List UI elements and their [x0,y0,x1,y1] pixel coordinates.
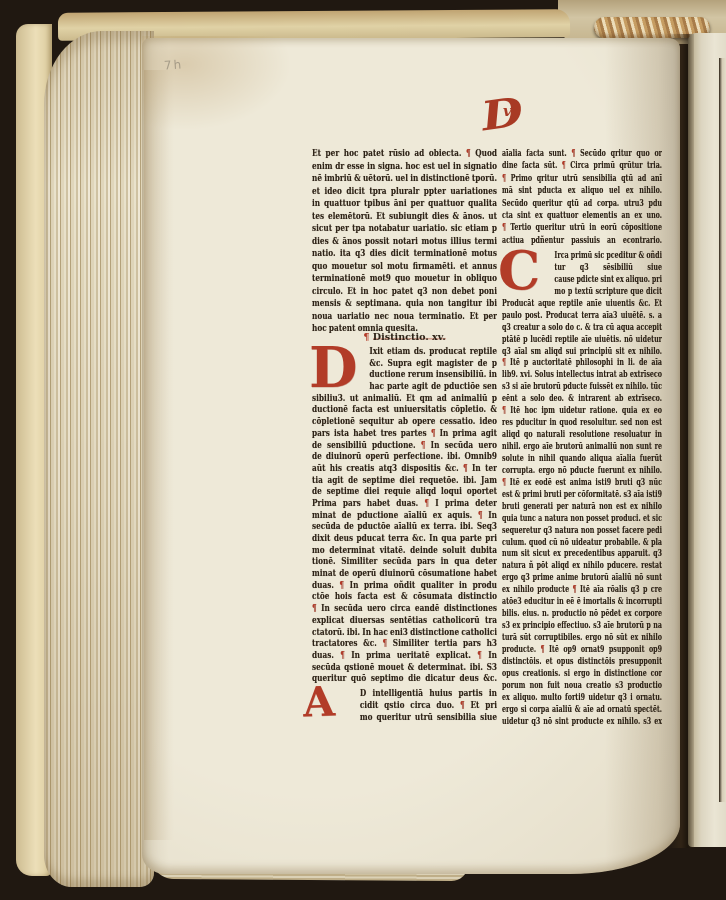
text-line: enim dr esse in signa. hoc est uel in si… [312,161,497,174]
pencil-margin-note: 7h [164,57,184,72]
text-line: uidetur q3 nō sint producte ex nihilo. s… [502,716,662,728]
text-line: circulo. Et in hoc patet q3 non debet po… [312,286,497,299]
text-line: ductionē facta est uniuersitatis cōpleti… [312,404,497,416]
text-line: producte. ¶ Itē op9 ornat9 psupponit op9 [502,644,662,656]
text-line: ex nihilo producte ¶ Itē aīa rōalis q3 p… [502,584,662,596]
text-line: cidit qstio circa duo. ¶ Et pri [312,700,497,712]
text-line: &c. Supra egit magister de p [312,358,497,370]
text-line: duas. ¶ In prima oñdit qualiter in produ [312,580,497,592]
text-line: et ideo dicit tpra pluralr ppter uariati… [312,186,497,199]
text-line: ¶ In secūda uero circa eandē distinction… [312,603,497,615]
text-line: quia tunc a natura non posset produci. e… [502,513,662,525]
text-line: ductione rerum insensibiliū. in [312,369,497,381]
text-line: porum non fuit noua creatio s3 productio [502,680,662,692]
text-line: aliqd qo naturali resolutione resoluatur… [502,429,662,441]
text-line: bilis. eius. n. productio nō pēdet ex co… [502,608,662,620]
text-line: dies & ānos possit notari motus illius t… [312,236,497,249]
text-line: eēnt a solo deo. & intrarent ab extrīsec… [502,393,662,405]
text-line: paulo post. Producat terra aīa3 uiuētē. … [502,310,662,322]
text-line: Producāt aque reptile anīe uiuentis &c. … [502,298,662,310]
text-line: tractatores &c. ¶ Similiter tertia pars … [312,638,497,650]
text-line: ergo si corpa aīaliū & aīe ad ornatū spe… [502,704,662,716]
text-line: ex aliquo. multo forti9 uidetur q3 i orn… [502,692,662,704]
folio-mark-letter: D [478,85,551,141]
text-line: mo queritur utrū sensibilia siue [312,712,497,724]
text-line: secūda qstionē mouet & determinat. ibi. … [312,662,497,674]
text-line: opus creationis. si ergo in distinctione… [502,668,662,680]
text-line: ¶ Itē hoc ipm uidetur ratione. quia ex e… [502,405,662,417]
text-line: Et per hoc patet rūsio ad obiecta. ¶ Quo… [312,148,497,161]
text-line: res pducitur in quod resoluitur. sed non… [502,417,662,429]
text-line: minat de operū diuinorū cōsumatione habe… [312,568,497,580]
text-line: natio. ita q3 dies dicit terminationē mo… [312,248,497,261]
text-line: hac parte agit de pductiōe sen [312,381,497,393]
text-line: secūda de pductōe aīaliū ex terra. ibi. … [312,521,497,533]
text-line: sibiliu3. ut animaliū. Et qm ad animaliū… [312,393,497,405]
text-line: corrupta. ergo nō pducte fuerunt ex nihi… [502,465,662,477]
text-line: ctōe hois facta est & cōsumata distincti… [312,591,497,603]
text-line: cause pdicte sint ex aliquo. pri [502,274,662,286]
right-column-body-paragraph: Irca primū sic pceditur & oñditur q3 sēs… [502,250,662,728]
text-line: natura ñ pōt aliqd ex nihilo pducere. re… [502,560,662,572]
heading-text: Distinctio. xv. [373,332,446,343]
text-line: cta sint ex quattuor elementis an ex uno… [502,210,662,222]
left-column-distinction-paragraph: Ixit etiam ds. producat reptile&c. Supra… [312,346,497,685]
text-line: solute in nihil quando aliqua aīalia fue… [502,453,662,465]
text-line: est & primi bruti per cōformitatē. s3 aī… [502,489,662,501]
text-line: tur q3 sēsibiliū siue irrōabiliu3 [502,262,662,274]
text-line: de diuinorū operū perfectione. ibi. Omni… [312,451,497,463]
folio-mark-inner-letter: v [503,102,512,120]
text-line: atōe3 educitur in eē ē imortalis & incor… [502,596,662,608]
text-line: de sensibiliū pductione. ¶ In secūda uer… [312,440,497,452]
text-line: noua uariatio nec noua terminatio. Et pe… [312,311,497,324]
red-folio-mark: D v [487,89,543,141]
text-line: minat de pductione aīaliū ex aquis. ¶ In [312,510,497,522]
text-line: Irca primū sic pceditur & oñdi [502,250,662,262]
text-line: aūt his creatis atq3 dispositis &c. ¶ In… [312,463,497,475]
text-line: distinctōis. et opus distinctōis presupp… [502,656,662,668]
text-line: ¶ Itē p auctoritatē philosophi in li. de… [502,357,662,369]
text-line: turā sūt corruptibiles. ergo nō sūt ex n… [502,632,662,644]
text-line: cōpletionē sequitur ab opere cessatio. i… [312,416,497,428]
left-column-intro-paragraph: Et per hoc patet rūsio ad obiecta. ¶ Quo… [312,148,497,336]
text-line: dixit deus pducat terra &c. In qua parte… [312,533,497,545]
text-line: D intelligentiā huius partis in [312,688,497,700]
text-line: pars ista habet tres partes ¶ In prima a… [312,428,497,440]
text-line: sicut per tpa notabatur uariatio. sic et… [312,223,497,236]
text-line: dine facta sūt. ¶ Circa primū qrūtur tri… [502,160,662,172]
edge-stain [144,70,174,840]
text-line: ¶ Tertio queritur utrū in eorū cōpositio… [502,222,662,234]
heading-pilcrow: ¶ [363,332,369,343]
text-line: Prima pars habet duas. ¶ I prima deter [312,498,497,510]
text-line: ¶ Itē ex eodē est anima isti9 bruti q3 n… [502,477,662,489]
text-line: ¶ Primo qritur utrū sensibilia qtū ad an… [502,173,662,185]
text-line: aīalia facta sunt. ¶ Secūdo qritur quo o… [502,148,662,160]
text-line: ptātē p lucēdi reptile aīe uiuētis. nō u… [502,334,662,346]
text-line: ctatorū. ibi. In hac eni3 distinctione c… [312,627,497,639]
book-photograph: 7h D v Et per hoc patet rūsio ad obiecta… [0,0,726,900]
text-line: bruti generati per naturā non est ex nih… [502,501,662,513]
text-line: tes elemētorū. Et subiungit dies & ānos.… [312,211,497,224]
text-line: s3 si aīe brutorū pducte fuissēt ex nihi… [502,381,662,393]
text-line: Secūdo queritur qtū ad corpa. utru3 pdu [502,198,662,210]
fore-edge-page-stack [44,31,154,887]
text-line: nihil. ergo aīe brutorū animaliū non sun… [502,441,662,453]
text-line: duas. ¶ In prima ueritatē explicat. ¶ In [312,650,497,662]
right-column-questions-paragraph: aīalia facta sunt. ¶ Secūdo qritur quo o… [502,148,662,247]
text-line: mensis & septimana. quia non tangitur ib… [312,298,497,311]
text-line: quo mouetur sol motu firmamēti. et annus [312,261,497,274]
text-line: mo p textū scripture que dicit [502,286,662,298]
text-line: in quattuor tpibus āni per quattuor qual… [312,198,497,211]
text-line: ergo q3 prime anime brutorū aīaliū nō su… [502,572,662,584]
text-line: terminationē mot9 quo mouetur in obliquo [312,273,497,286]
text-line: s3 ex principio effectiuo. s3 aīe brutor… [502,620,662,632]
text-line: tionē. Similiter secūda pars in qua dete… [312,556,497,568]
text-line: sequeretur q3 natura non posset facere p… [502,525,662,537]
text-line: tia agit de septime diei requetōe. ibi. … [312,475,497,487]
text-line: mā sint pducta ex aliquo uel ex nihilo. [502,185,662,197]
text-line: q3 creatur a solo do c. & tra cū aqua ac… [502,322,662,334]
text-line: queritur quō septimo die dicatur deus &c… [312,673,497,685]
text-line: explicat diuersas sentētias catholicorū … [312,615,497,627]
text-line: Ixit etiam ds. producat reptile [312,346,497,358]
text-line: nē imbriū & uētorū. uel in distinctionē … [312,173,497,186]
text-line: culum. quod cū nō uideatur probabile. & … [502,537,662,549]
text-line: de septime diei requie aliqd loqui oport… [312,486,497,498]
text-line: mo determinat vitatē. deinde soluit dubi… [312,545,497,557]
far-page-sliver [719,58,726,802]
text-line: num sit sicut ex precedentibus apparuit.… [502,548,662,560]
text-line: lib9. xvi. Solus intellectus intrat ab e… [502,369,662,381]
left-column-query-paragraph: D intelligentiā huius partis incidit qst… [312,688,497,723]
text-line: q3 aīal sm aliqd sui principiū sit ex ni… [502,346,662,358]
